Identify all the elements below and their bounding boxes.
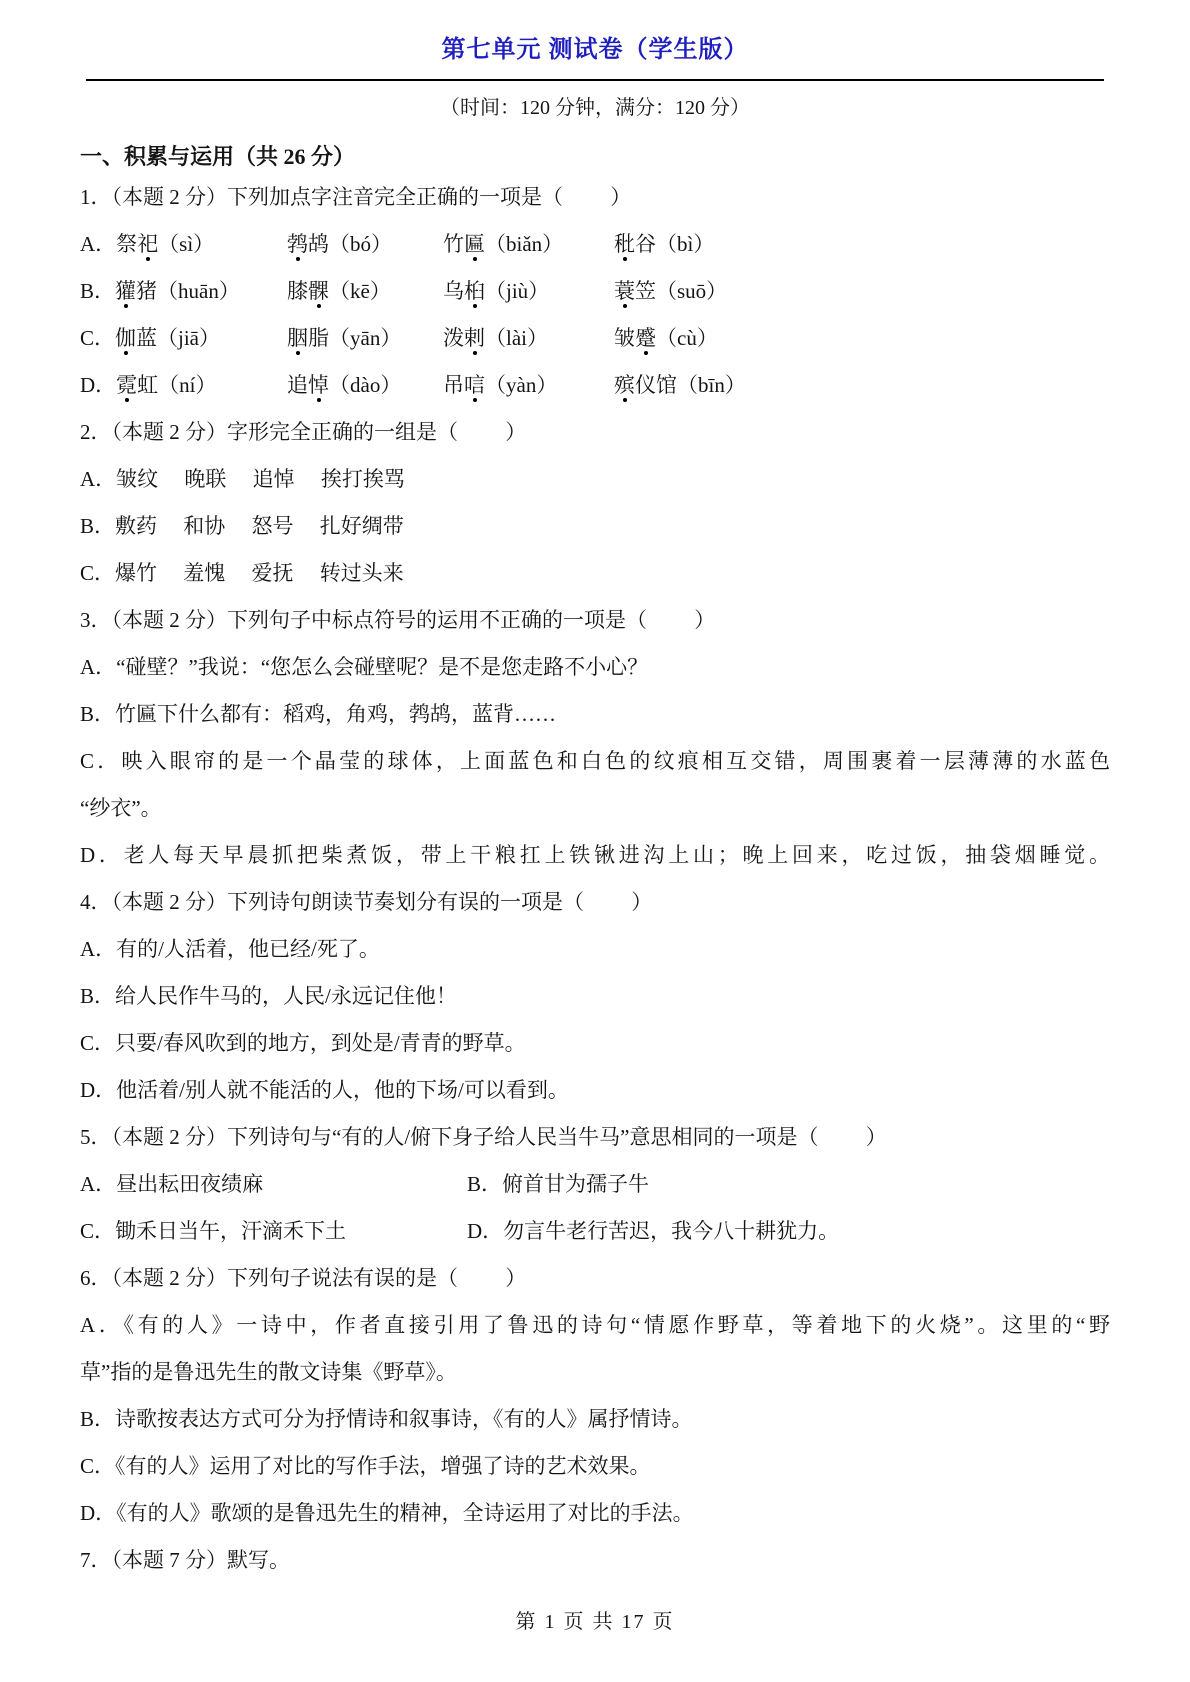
q6-option-c: C．《有的人》运用了对比的写作手法，增强了诗的艺术效果。 — [80, 1443, 1110, 1489]
dotted-character: 胭 — [287, 326, 308, 350]
text-segment: 鸪（bó） — [308, 232, 392, 256]
option-column: 殡仪馆（bīn） — [614, 362, 746, 408]
option-column: D．霓虹（ní） — [80, 362, 287, 408]
q3-option-b: B．竹匾下什么都有：稻鸡，角鸡，鹁鸪，蓝背…… — [80, 691, 1110, 737]
question-6: 6．（本题 2 分）下列句子说法有误的是（ ） — [80, 1255, 1110, 1301]
dotted-character: 剌 — [464, 326, 485, 350]
text-segment: 虹（ní） — [137, 373, 216, 397]
q5-options-cd: C．锄禾日当午，汗滴禾下土D．勿言牛老行苦迟，我今八十耕犹力。 — [80, 1208, 1110, 1254]
option-column: 皱蹙（cù） — [614, 315, 718, 361]
document-page: 第七单元 测试卷（学生版） （时间：120 分钟，满分：120 分） 一、积累与… — [0, 0, 1190, 1682]
page-footer: 第 1 页 共 17 页 — [0, 1599, 1190, 1645]
text-segment: （kē） — [329, 279, 391, 303]
q3-option-c-line2: “纱衣”。 — [80, 785, 1110, 831]
dotted-character: 髁 — [308, 279, 329, 303]
question-1: 1．（本题 2 分）下列加点字注音完全正确的一项是（ ） — [80, 174, 1110, 220]
text-segment: 仪馆（bīn） — [635, 373, 746, 397]
text-segment: （lài） — [485, 326, 548, 350]
q1-option-b: B．獾猪（huān）膝髁（kē）乌桕（jiù）蓑笠（suō） — [80, 268, 1110, 314]
option-column: 竹匾（biǎn） — [443, 221, 614, 267]
question-5: 5．（本题 2 分）下列诗句与“有的人/俯下身子给人民当牛马”意思相同的一项是（… — [80, 1114, 1110, 1160]
q1-option-d: D．霓虹（ní）追悼（dào）吊唁（yàn）殡仪馆（bīn） — [80, 362, 1110, 408]
option-column: 膝髁（kē） — [287, 268, 443, 314]
page-title: 第七单元 测试卷（学生版） — [0, 27, 1190, 73]
text-segment: （biǎn） — [485, 232, 563, 256]
text-segment: C． — [80, 326, 115, 350]
q5-options-ab: A．昼出耘田夜绩麻B．俯首甘为孺子牛 — [80, 1161, 1110, 1207]
dotted-character: 蹙 — [635, 326, 656, 350]
exam-meta-line: （时间：120 分钟，满分：120 分） — [0, 85, 1190, 131]
text-segment: 吊 — [443, 373, 464, 397]
text-segment: 膝 — [287, 279, 308, 303]
text-segment: 泼 — [443, 326, 464, 350]
q4-option-d: D．他活着/别人就不能活的人，他的下场/可以看到。 — [80, 1067, 1110, 1113]
option-column: 乌桕（jiù） — [443, 268, 614, 314]
q2-option-c: C．爆竹 羞愧 爱抚 转过头来 — [80, 550, 1110, 596]
option-column: A．昼出耘田夜绩麻 — [80, 1161, 467, 1207]
dotted-character: 悼 — [308, 373, 329, 397]
dotted-character: 唁 — [464, 373, 485, 397]
dotted-character: 桕 — [464, 279, 485, 303]
dotted-character: 蓑 — [614, 279, 635, 303]
option-column: 吊唁（yàn） — [443, 362, 614, 408]
text-segment: （cù） — [656, 326, 718, 350]
text-segment: 笠（suō） — [635, 279, 727, 303]
text-segment: 皱 — [614, 326, 635, 350]
text-segment: D． — [80, 373, 116, 397]
text-segment: 竹 — [443, 232, 464, 256]
text-segment: B． — [80, 279, 115, 303]
question-4: 4．（本题 2 分）下列诗句朗读节奏划分有误的一项是（ ） — [80, 879, 1110, 925]
text-segment: （jiù） — [485, 279, 549, 303]
text-segment: 追 — [287, 373, 308, 397]
q4-option-b: B．给人民作牛马的，人民/永远记住他！ — [80, 973, 1110, 1019]
q3-option-a: A．“碰壁？”我说：“您怎么会碰壁呢？是不是您走路不小心？ — [80, 644, 1110, 690]
option-column: A．祭祀（sì） — [80, 221, 287, 267]
dotted-character: 獾 — [115, 279, 136, 303]
option-column: 追悼（dào） — [287, 362, 443, 408]
q4-option-a: A．有的/人活着，他已经/死了。 — [80, 926, 1110, 972]
question-3: 3．（本题 2 分）下列句子中标点符号的运用不正确的一项是（ ） — [80, 597, 1110, 643]
q1-option-a: A．祭祀（sì）鹁鸪（bó）竹匾（biǎn）秕谷（bì） — [80, 221, 1110, 267]
q6-option-a-line2: 草”指的是鲁迅先生的散文诗集《野草》。 — [80, 1349, 1110, 1395]
text-segment: B．俯首甘为孺子牛 — [467, 1172, 649, 1196]
text-segment: （yàn） — [485, 373, 557, 397]
dotted-character: 霓 — [116, 373, 137, 397]
q4-option-c: C．只要/春风吹到的地方，到处是/青青的野草。 — [80, 1020, 1110, 1066]
option-column: B．獾猪（huān） — [80, 268, 287, 314]
text-segment: C．锄禾日当午，汗滴禾下土 — [80, 1219, 346, 1243]
text-segment: （dào） — [329, 373, 401, 397]
option-column: 鹁鸪（bó） — [287, 221, 443, 267]
divider-line — [86, 79, 1104, 81]
option-column: 秕谷（bì） — [614, 221, 714, 267]
text-segment: （sì） — [158, 232, 214, 256]
dotted-character: 伽 — [115, 326, 136, 350]
q3-option-c-line1: C．映入眼帘的是一个晶莹的球体，上面蓝色和白色的纹痕相互交错，周围裹着一层薄薄的… — [80, 738, 1110, 784]
option-column: 泼剌（lài） — [443, 315, 614, 361]
option-column: C．伽蓝（jiā） — [80, 315, 287, 361]
q6-option-a-line1: A．《有的人》一诗中，作者直接引用了鲁迅的诗句“情愿作野草，等着地下的火烧”。这… — [80, 1302, 1110, 1348]
q6-option-d: D．《有的人》歌颂的是鲁迅先生的精神，全诗运用了对比的手法。 — [80, 1490, 1110, 1536]
text-segment: 脂（yān） — [308, 326, 401, 350]
option-column: 胭脂（yān） — [287, 315, 443, 361]
q2-option-a: A．皱纹 晚联 追悼 挨打挨骂 — [80, 456, 1110, 502]
text-segment: 谷（bì） — [635, 232, 714, 256]
option-column: B．俯首甘为孺子牛 — [467, 1161, 649, 1207]
question-2: 2．（本题 2 分）字形完全正确的一组是（ ） — [80, 409, 1110, 455]
dotted-character: 秕 — [614, 232, 635, 256]
option-column: D．勿言牛老行苦迟，我今八十耕犹力。 — [467, 1208, 839, 1254]
text-segment: 蓝（jiā） — [136, 326, 220, 350]
dotted-character: 鹁 — [287, 232, 308, 256]
q1-option-c: C．伽蓝（jiā）胭脂（yān）泼剌（lài）皱蹙（cù） — [80, 315, 1110, 361]
dotted-character: 殡 — [614, 373, 635, 397]
q2-option-b: B．敷药 和协 怒号 扎好绸带 — [80, 503, 1110, 549]
text-segment: 乌 — [443, 279, 464, 303]
text-segment: 猪（huān） — [136, 279, 240, 303]
q3-option-d: D．老人每天早晨抓把柴煮饭，带上干粮扛上铁锹进沟上山；晚上回来，吃过饭，抽袋烟睡… — [80, 832, 1110, 878]
option-column: C．锄禾日当午，汗滴禾下土 — [80, 1208, 467, 1254]
text-segment: A．祭 — [80, 232, 137, 256]
text-segment: D．勿言牛老行苦迟，我今八十耕犹力。 — [467, 1219, 839, 1243]
dotted-character: 祀 — [137, 232, 158, 256]
q6-option-b: B．诗歌按表达方式可分为抒情诗和叙事诗，《有的人》属抒情诗。 — [80, 1396, 1110, 1442]
text-segment: A．昼出耘田夜绩麻 — [80, 1172, 263, 1196]
question-7: 7．（本题 7 分）默写。 — [80, 1537, 1110, 1583]
dotted-character: 匾 — [464, 232, 485, 256]
option-column: 蓑笠（suō） — [614, 268, 727, 314]
